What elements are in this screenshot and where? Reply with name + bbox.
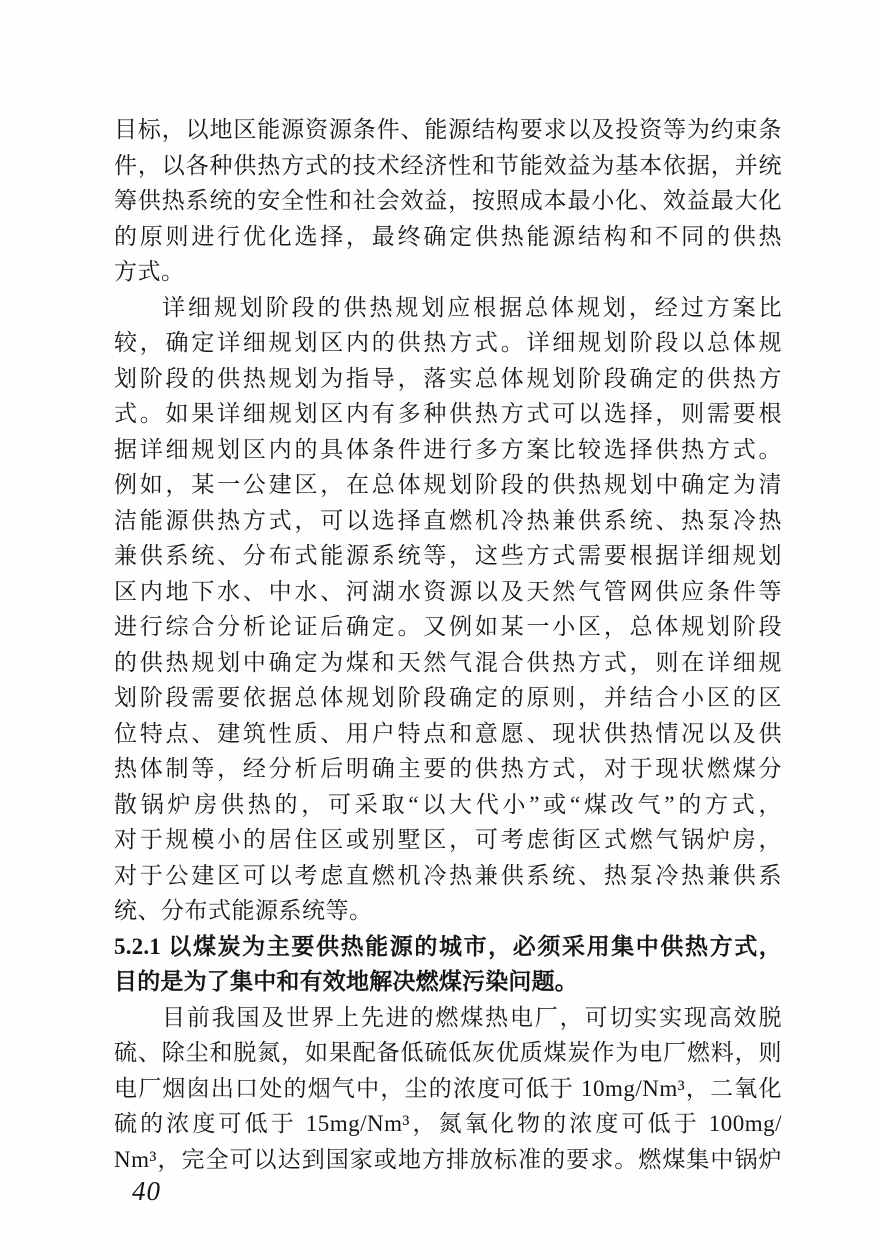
- body-text-line: 件，以各种供热方式的技术经济性和节能效益为基本依据，并统: [114, 148, 782, 184]
- body-text-line: 目前我国及世界上先进的燃煤热电厂，可切实实现高效脱: [114, 1000, 782, 1036]
- body-text-line: 电厂烟囱出口处的烟气中，尘的浓度可低于 10mg/Nm³，二氧化: [114, 1071, 782, 1107]
- body-text-line: 较，确定详细规划区内的供热方式。详细规划阶段以总体规: [114, 325, 782, 361]
- scanned-document-page: { "page": { "number": "40", "lines": [ {…: [0, 0, 881, 1260]
- body-text-line: 据详细规划区内的具体条件进行多方案比较选择供热方式。: [114, 432, 782, 468]
- page-number: 40: [132, 1176, 161, 1207]
- body-text-line: 兼供系统、分布式能源系统等，这些方式需要根据详细规划: [114, 538, 782, 574]
- body-text-line: 划阶段需要依据总体规划阶段确定的原则，并结合小区的区: [114, 680, 782, 716]
- body-text-line: 硫的浓度可低于 15mg/Nm³，氮氧化物的浓度可低于 100mg/: [114, 1106, 782, 1142]
- text-block: 目标，以地区能源资源条件、能源结构要求以及投资等为约束条件，以各种供热方式的技术…: [114, 112, 782, 1177]
- body-text-line: 的供热规划中确定为煤和天然气混合供热方式，则在详细规: [114, 645, 782, 681]
- body-text-line: Nm³，完全可以达到国家或地方排放标准的要求。燃煤集中锅炉: [114, 1142, 782, 1178]
- body-text-line: 筹供热系统的安全性和社会效益，按照成本最小化、效益最大化: [114, 183, 782, 219]
- page: 目标，以地区能源资源条件、能源结构要求以及投资等为约束条件，以各种供热方式的技术…: [0, 0, 881, 1260]
- body-text-line: 例如，某一公建区，在总体规划阶段的供热规划中确定为清: [114, 467, 782, 503]
- body-text-line: 区内地下水、中水、河湖水资源以及天然气管网供应条件等: [114, 574, 782, 610]
- body-text-line: 热体制等，经分析后明确主要的供热方式，对于现状燃煤分: [114, 751, 782, 787]
- body-text-line: 方式。: [114, 254, 782, 290]
- clause-text-line: 5.2.1 以煤炭为主要供热能源的城市，必须采用集中供热方式，: [114, 929, 782, 965]
- body-text-line: 进行综合分析论证后确定。又例如某一小区，总体规划阶段: [114, 609, 782, 645]
- body-text-line: 的原则进行优化选择，最终确定供热能源结构和不同的供热: [114, 219, 782, 255]
- clause-text-line: 目的是为了集中和有效地解决燃煤污染问题。: [114, 964, 782, 1000]
- body-text-line: 式。如果详细规划区内有多种供热方式可以选择，则需要根: [114, 396, 782, 432]
- body-text-line: 对于规模小的居住区或别墅区，可考虑街区式燃气锅炉房，: [114, 822, 782, 858]
- body-text-line: 散锅炉房供热的，可采取“以大代小”或“煤改气”的方式，: [114, 787, 782, 823]
- body-text-line: 统、分布式能源系统等。: [114, 893, 782, 929]
- body-text-line: 硫、除尘和脱氮，如果配备低硫低灰优质煤炭作为电厂燃料，则: [114, 1035, 782, 1071]
- body-text-line: 详细规划阶段的供热规划应根据总体规划，经过方案比: [114, 290, 782, 326]
- body-text-line: 对于公建区可以考虑直燃机冷热兼供系统、热泵冷热兼供系: [114, 858, 782, 894]
- body-text-line: 划阶段的供热规划为指导，落实总体规划阶段确定的供热方: [114, 361, 782, 397]
- body-text-line: 目标，以地区能源资源条件、能源结构要求以及投资等为约束条: [114, 112, 782, 148]
- body-text-line: 位特点、建筑性质、用户特点和意愿、现状供热情况以及供: [114, 716, 782, 752]
- body-text-line: 洁能源供热方式，可以选择直燃机冷热兼供系统、热泵冷热: [114, 503, 782, 539]
